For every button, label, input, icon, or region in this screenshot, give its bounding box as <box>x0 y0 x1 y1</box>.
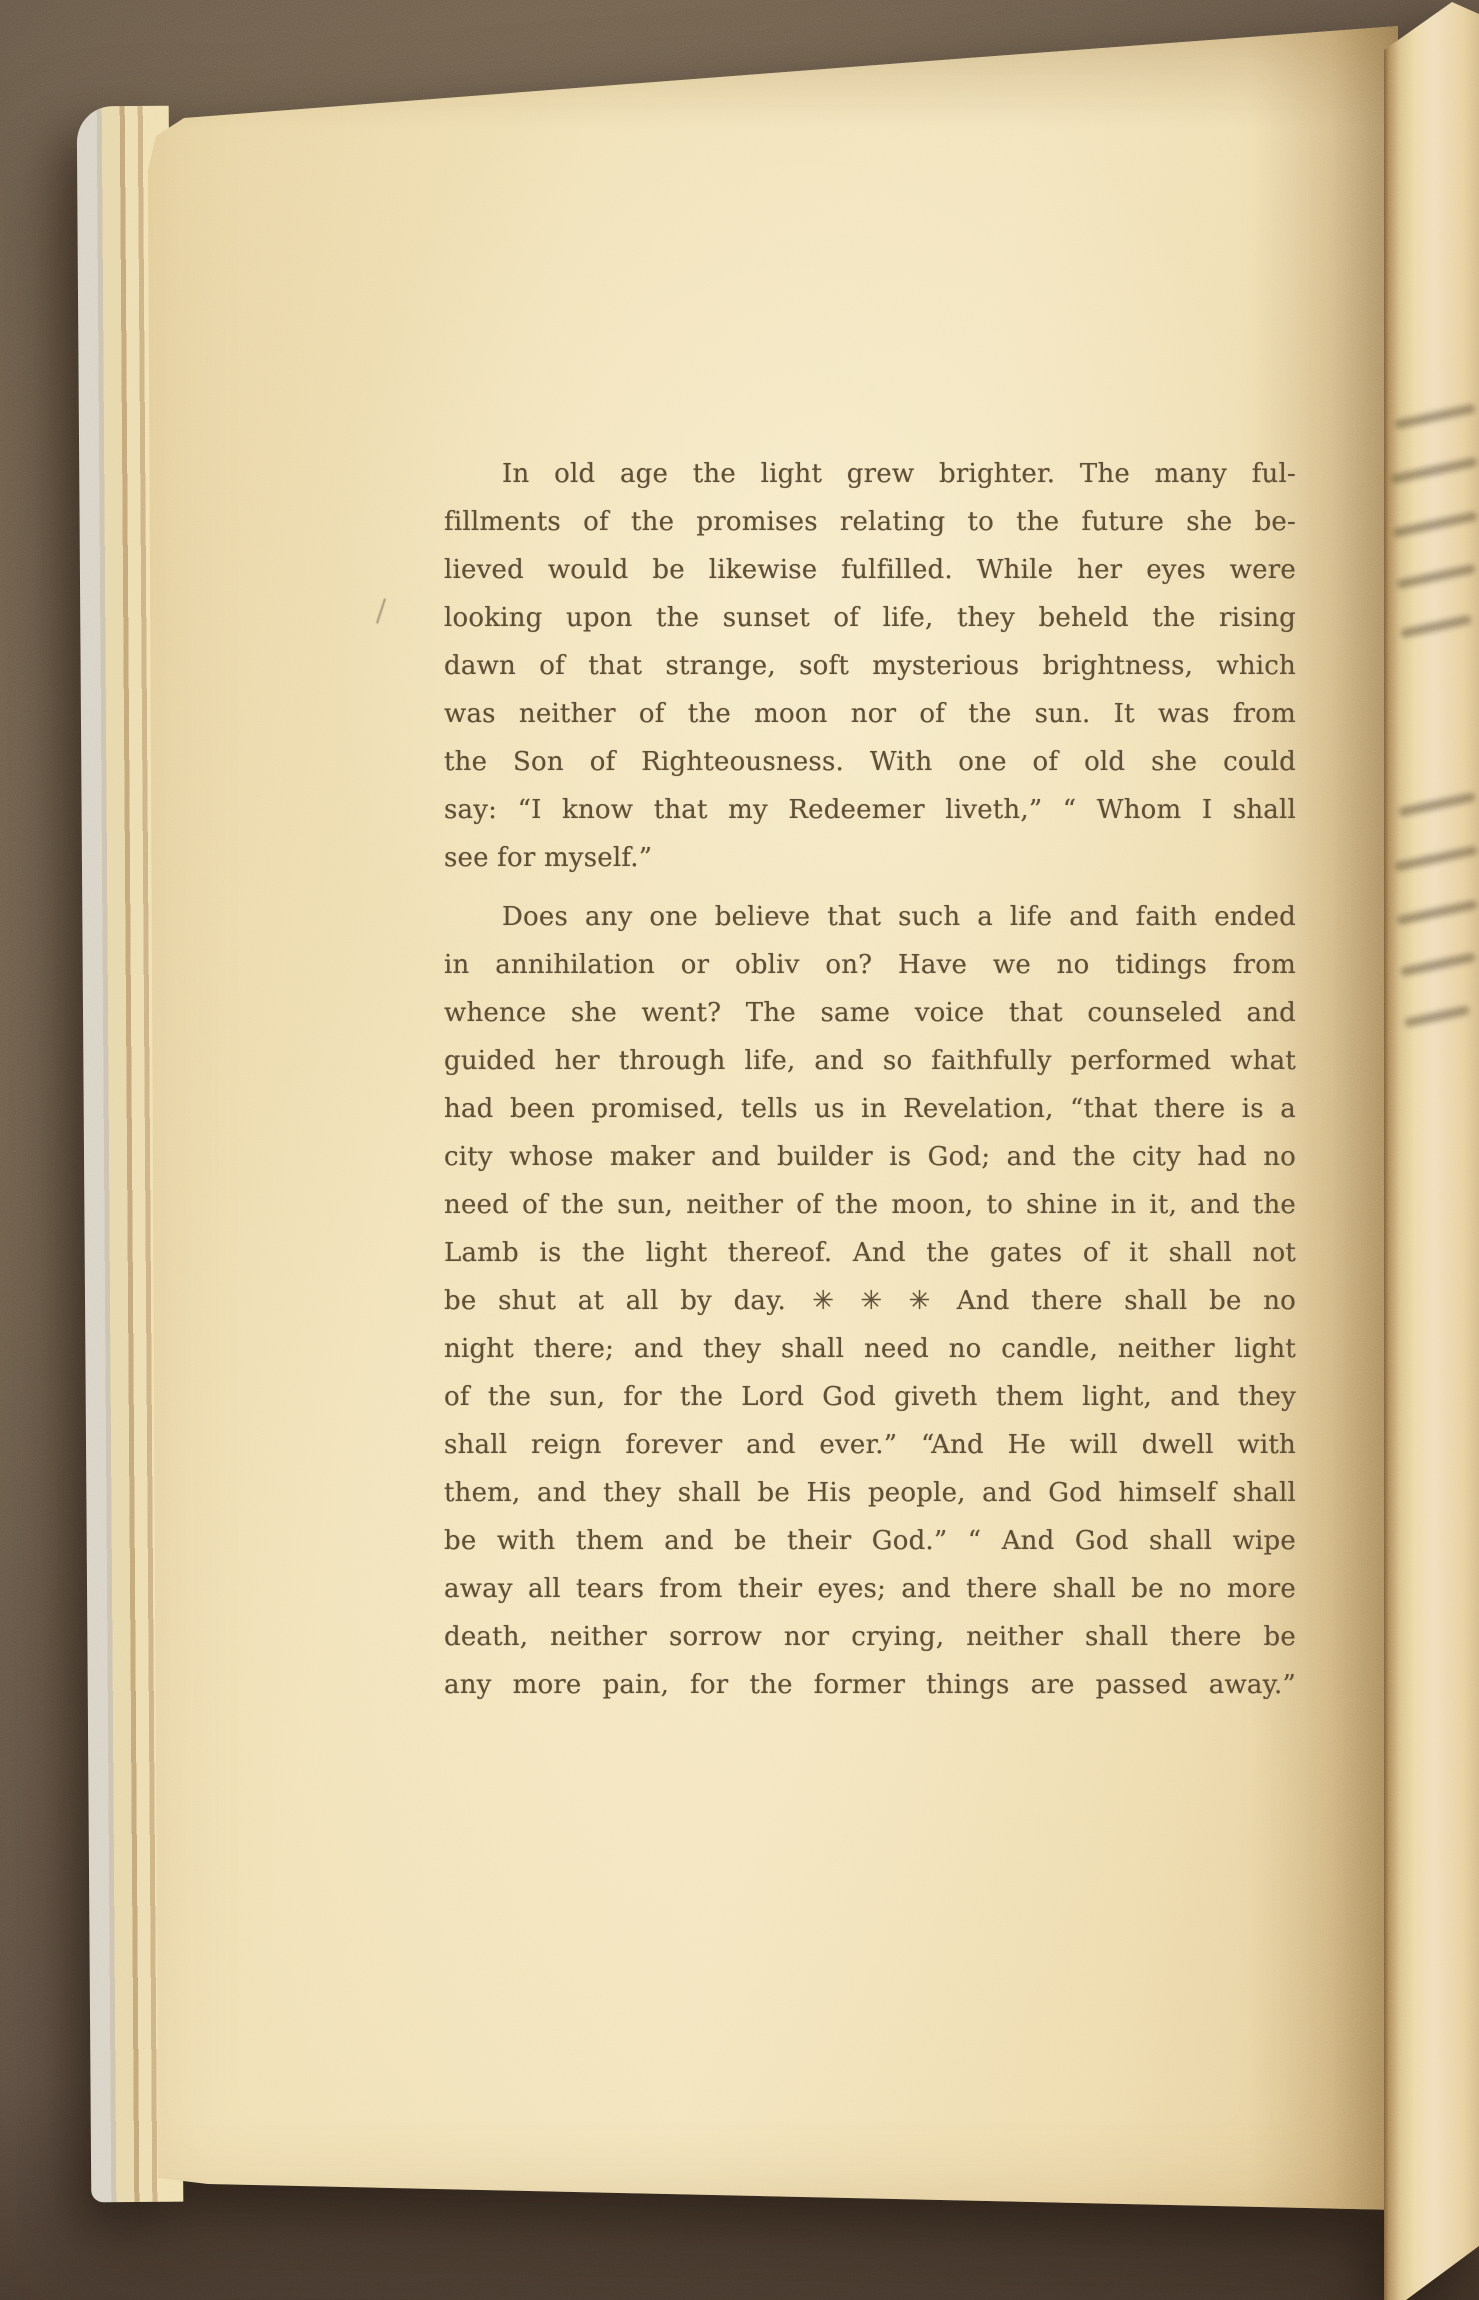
next-page-edge <box>1384 0 1479 2300</box>
open-book: In old age the light grew brighter. The … <box>0 0 1479 2300</box>
bleedthrough-text <box>1398 792 1476 817</box>
text-line: away all tears from their eyes; and ther… <box>444 1565 1296 1613</box>
text-line: was neither of the moon nor of the sun. … <box>444 690 1296 738</box>
text-line: say: “I know that my Redeemer liveth,” “… <box>444 786 1296 834</box>
text-line: had been promised, tells us in Revelatio… <box>444 1085 1296 1133</box>
text-line: be with them and be their God.” “ And Go… <box>444 1517 1296 1565</box>
text-line: In old age the light grew brighter. The … <box>444 450 1296 498</box>
bleedthrough-text <box>1400 952 1476 977</box>
text-line: need of the sun, neither of the moon, to… <box>444 1181 1296 1229</box>
text-line: be shut at all by day. ✳ ✳ ✳ And there s… <box>444 1277 1296 1325</box>
bleedthrough-text <box>1392 511 1478 538</box>
paragraph-2: Does any one believe that such a life an… <box>444 893 1296 1709</box>
pencil-mark <box>376 598 386 623</box>
text-line: whence she went? The same voice that cou… <box>444 989 1296 1037</box>
text-line: looking upon the sunset of life, they be… <box>444 594 1296 642</box>
text-line: night there; and they shall need no cand… <box>444 1325 1296 1373</box>
bleedthrough-text <box>1394 845 1478 871</box>
text-line: any more pain, for the former things are… <box>444 1661 1296 1709</box>
text-line: death, neither sorrow nor crying, neithe… <box>444 1613 1296 1661</box>
paragraph-1: In old age the light grew brighter. The … <box>444 450 1296 882</box>
book-page: In old age the light grew brighter. The … <box>148 20 1398 2212</box>
text-line: Lamb is the light thereof. And the gates… <box>444 1229 1296 1277</box>
text-line: see for myself.” <box>444 834 1296 882</box>
photo-scene: In old age the light grew brighter. The … <box>0 0 1479 2300</box>
text-line: of the sun, for the Lord God giveth them… <box>444 1373 1296 1421</box>
text-line: in annihilation or obliv on? Have we no … <box>444 941 1296 989</box>
bleedthrough-text <box>1400 615 1472 639</box>
bleedthrough-text <box>1390 457 1478 484</box>
bleedthrough-text <box>1404 1005 1470 1028</box>
page-text: In old age the light grew brighter. The … <box>444 450 1296 1709</box>
text-line: guided her through life, and so faithful… <box>444 1037 1296 1085</box>
bleedthrough-text <box>1396 564 1476 589</box>
text-line: lieved would be likewise fulfilled. Whil… <box>444 546 1296 594</box>
bleedthrough-text <box>1396 900 1478 926</box>
text-line: shall reign forever and ever.” “And He w… <box>444 1421 1296 1469</box>
bleedthrough-text <box>1394 404 1476 430</box>
text-line: them, and they shall be His people, and … <box>444 1469 1296 1517</box>
text-line: fillments of the promises relating to th… <box>444 498 1296 546</box>
text-line: dawn of that strange, soft mysterious br… <box>444 642 1296 690</box>
text-line: Does any one believe that such a life an… <box>444 893 1296 941</box>
text-line: city whose maker and builder is God; and… <box>444 1133 1296 1181</box>
text-line: the Son of Righteousness. With one of ol… <box>444 738 1296 786</box>
